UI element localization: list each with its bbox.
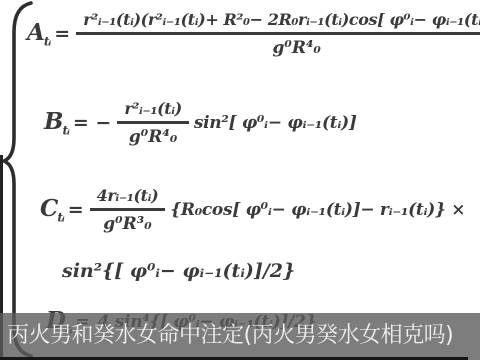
equation-b-label: Btᵢ (44, 108, 69, 138)
equation-a-fraction: r²ᵢ₋₁(tᵢ)(r²ᵢ₋₁(tᵢ)+ R²₀− 2R₀rᵢ₋₁(tᵢ)cos… (76, 10, 480, 58)
equation-a-label-sub: tᵢ (44, 35, 50, 49)
equation-c-label-sub: tᵢ (57, 211, 63, 225)
caption-text: 丙火男和癸水女命中注定(丙火男癸水女相克吗) (7, 322, 453, 350)
caption-bar: 丙火男和癸水女命中注定(丙火男癸水女相克吗) (0, 313, 480, 360)
equation-a-label-base: A (27, 19, 44, 46)
equation-c-numerator: 4rᵢ₋₁(tᵢ) (90, 186, 166, 211)
equation-b-fraction: r²ᵢ₋₁(tᵢ) g⁰R⁴₀ (117, 99, 188, 147)
equation-a: Atᵢ = r²ᵢ₋₁(tᵢ)(r²ᵢ₋₁(tᵢ)+ R²₀− 2R₀rᵢ₋₁(… (27, 10, 480, 58)
equation-b-label-sub: tᵢ (62, 124, 68, 138)
equation-a-label: Atᵢ (27, 19, 50, 49)
equation-c-label: Ctᵢ (40, 195, 64, 225)
scanned-formula-page: Atᵢ = r²ᵢ₋₁(tᵢ)(r²ᵢ₋₁(tᵢ)+ R²₀− 2R₀rᵢ₋₁(… (0, 0, 480, 360)
equation-c-suffix: {R₀cos[ φ⁰ᵢ− φᵢ₋₁(tᵢ)]− rᵢ₋₁(tᵢ)} × (170, 200, 465, 220)
equation-b: Btᵢ = − r²ᵢ₋₁(tᵢ) g⁰R⁴₀ sin²[ φ⁰ᵢ− φᵢ₋₁(… (44, 99, 357, 147)
equation-b-suffix: sin²[ φ⁰ᵢ− φᵢ₋₁(tᵢ)] (194, 113, 357, 133)
equation-c-line2: sin²{[ φ⁰ᵢ− φᵢ₋₁(tᵢ)]/2} (62, 260, 295, 282)
equation-a-numerator: r²ᵢ₋₁(tᵢ)(r²ᵢ₋₁(tᵢ)+ R²₀− 2R₀rᵢ₋₁(tᵢ)cos… (76, 10, 480, 35)
equation-a-equals: = (54, 23, 70, 45)
equation-c-equals: = (68, 199, 84, 221)
equation-b-numerator: r²ᵢ₋₁(tᵢ) (117, 99, 188, 124)
equation-c-denominator: g⁰R³₀ (90, 211, 166, 234)
equation-b-equals: = − (73, 112, 111, 134)
equation-b-label-base: B (44, 108, 62, 135)
equation-c-label-base: C (40, 195, 57, 222)
equation-b-denominator: g⁰R⁴₀ (117, 124, 188, 147)
equation-c: Ctᵢ = 4rᵢ₋₁(tᵢ) g⁰R³₀ {R₀cos[ φ⁰ᵢ− φᵢ₋₁(… (40, 186, 465, 234)
equation-c-fraction: 4rᵢ₋₁(tᵢ) g⁰R³₀ (90, 186, 166, 234)
equation-a-denominator: g⁰R⁴₀ (76, 35, 480, 58)
